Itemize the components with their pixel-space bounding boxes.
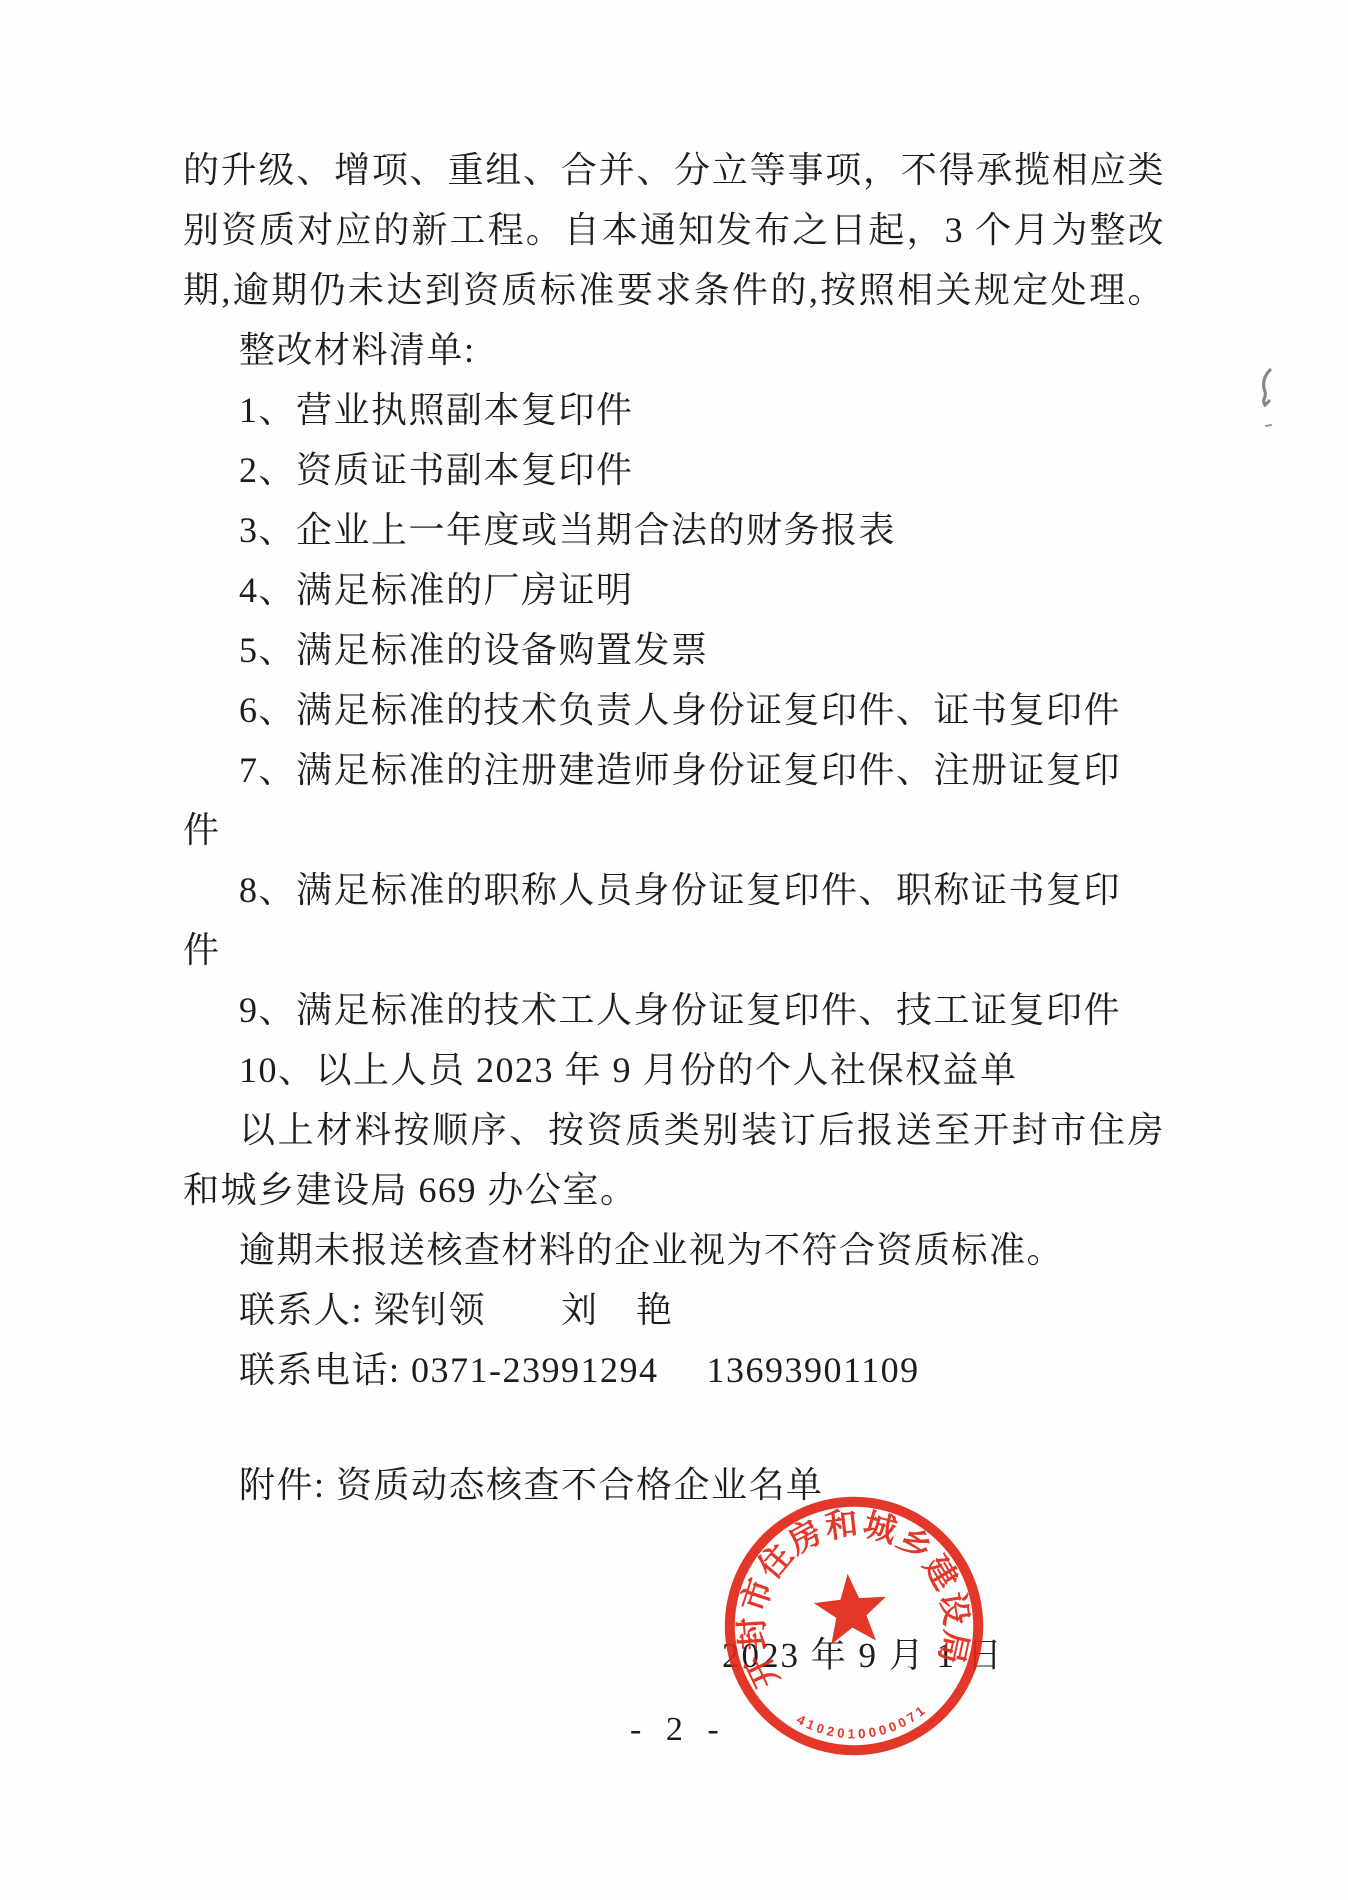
list-item: 7、满足标准的注册建造师身份证复印件、注册证复印 <box>183 740 1165 800</box>
contact-person-line: 联系人: 梁钊领 刘 艳 <box>183 1280 1165 1340</box>
document-page: 的升级、增项、重组、合并、分立等事项，不得承揽相应类 别资质对应的新工程。自本通… <box>0 0 1348 1900</box>
list-item: 2、资质证书副本复印件 <box>183 440 1165 500</box>
body-line: 别资质对应的新工程。自本通知发布之日起，3 个月为整改 <box>183 200 1165 260</box>
body-line-continuation: 和城乡建设局 669 办公室。 <box>183 1160 1165 1220</box>
list-item: 3、企业上一年度或当期合法的财务报表 <box>183 500 1165 560</box>
body-line: 期,逾期仍未达到资质标准要求条件的,按照相关规定处理。 <box>183 260 1165 320</box>
body-line: 的升级、增项、重组、合并、分立等事项，不得承揽相应类 <box>183 140 1165 200</box>
page-number: - 2 - <box>630 1708 727 1752</box>
list-item: 5、满足标准的设备购置发票 <box>183 620 1165 680</box>
list-item: 10、以上人员 2023 年 9 月份的个人社保权益单 <box>183 1040 1165 1100</box>
list-item: 4、满足标准的厂房证明 <box>183 560 1165 620</box>
seal-star-icon <box>812 1571 890 1646</box>
list-item: 6、满足标准的技术负责人身份证复印件、证书复印件 <box>183 680 1165 740</box>
scan-artifact <box>1256 368 1278 430</box>
contact-phone-line: 联系电话: 0371-23991294 13693901109 <box>183 1340 1165 1400</box>
official-seal: 开封市住房和城乡建设局 4102010000071 <box>707 1479 1002 1774</box>
body-line: 逾期未报送核查材料的企业视为不符合资质标准。 <box>183 1220 1165 1280</box>
list-item: 9、满足标准的技术工人身份证复印件、技工证复印件 <box>183 980 1165 1040</box>
section-heading: 整改材料清单: <box>183 320 1165 380</box>
list-item: 1、营业执照副本复印件 <box>183 380 1165 440</box>
list-item: 8、满足标准的职称人员身份证复印件、职称证书复印 <box>183 860 1165 920</box>
document-body: 的升级、增项、重组、合并、分立等事项，不得承揽相应类 别资质对应的新工程。自本通… <box>183 140 1165 1400</box>
body-line: 以上材料按顺序、按资质类别装订后报送至开封市住房 <box>183 1100 1165 1160</box>
list-item-continuation: 件 <box>183 920 1165 980</box>
list-item-continuation: 件 <box>183 800 1165 860</box>
